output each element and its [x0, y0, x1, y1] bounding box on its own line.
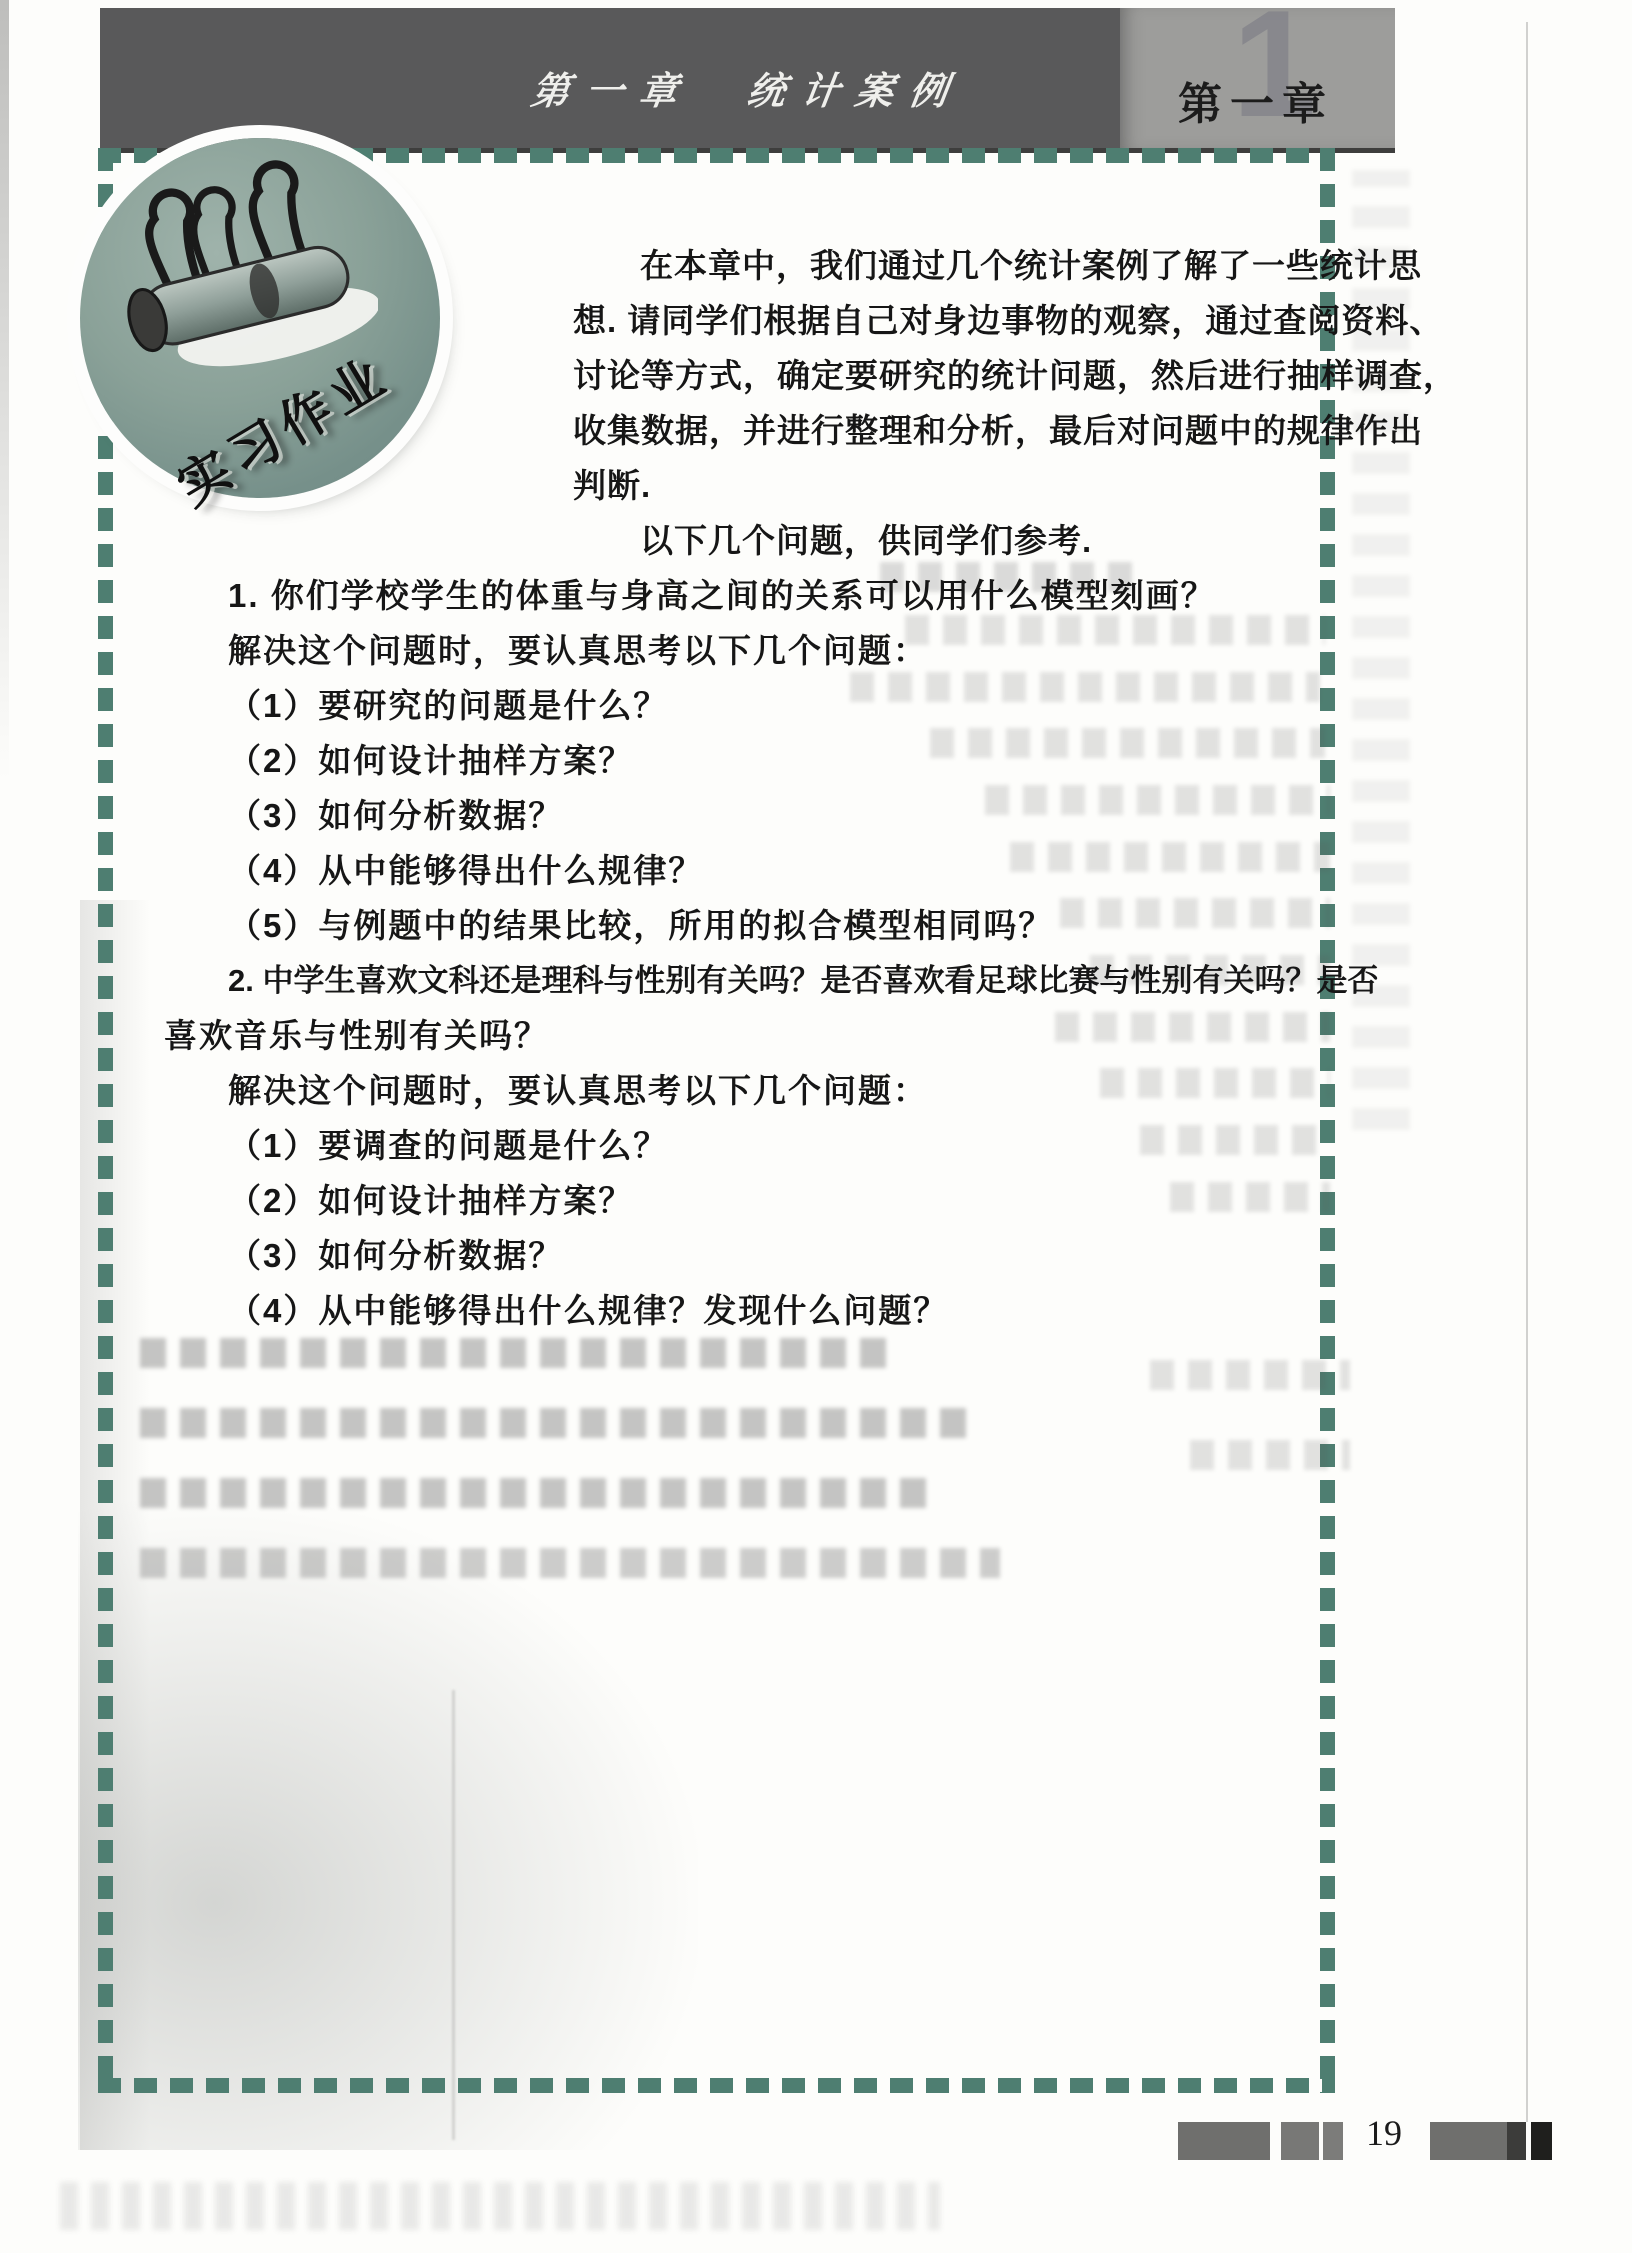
text-line: 解决这个问题时，要认真思考以下几个问题： — [228, 623, 1337, 678]
bleed-through-line — [1150, 1360, 1350, 1390]
footer-decoration-block — [1178, 2122, 1270, 2160]
scanned-textbook-page: { "header": { "running_title": "第一章 统计案例… — [0, 0, 1632, 2253]
scan-artifact-speckle — [60, 2182, 940, 2230]
text-line: （5）与例题中的结果比较，所用的拟合模型相同吗？ — [228, 898, 1337, 953]
footer-decoration-block — [1281, 2122, 1319, 2160]
chapter-header-band: 第一章 统计案例 1 第一章 — [100, 8, 1395, 153]
text-line: 想. 请同学们根据自己对身边事物的观察，通过查阅资料、 — [573, 293, 1337, 348]
text-line: 以下几个问题，供同学们参考. — [573, 513, 1337, 568]
page-edge-line — [1526, 22, 1528, 2122]
chapter-tab: 1 第一章 — [1120, 8, 1395, 148]
bleed-through-line — [140, 1408, 970, 1438]
text-line: （3）如何分析数据？ — [228, 788, 1337, 843]
text-line: 1. 你们学校学生的体重与身高之间的关系可以用什么模型刻画？ — [228, 568, 1337, 623]
bleed-through-line — [1190, 1440, 1350, 1470]
scan-edge-shadow — [0, 0, 9, 780]
text-line: 判断. — [573, 458, 1337, 513]
text-line: （1）要研究的问题是什么？ — [228, 678, 1337, 733]
chapter-tab-label: 第一章 — [1178, 68, 1334, 132]
footer-decoration-block — [1531, 2122, 1552, 2160]
text-line: 讨论等方式，确定要研究的统计问题，然后进行抽样调查， — [573, 348, 1337, 403]
text-line: （4）从中能够得出什么规律？发现什么问题？ — [228, 1283, 1337, 1338]
lesson-text-block: 在本章中，我们通过几个统计案例了解了一些统计思 想. 请同学们根据自己对身边事物… — [100, 238, 1337, 1338]
scan-fold-line — [452, 1690, 455, 2140]
text-line: （1）要调查的问题是什么？ — [228, 1118, 1337, 1173]
dashed-border-bottom — [98, 2078, 1335, 2093]
text-line: 在本章中，我们通过几个统计案例了解了一些统计思 — [573, 238, 1337, 293]
text-line: 2. 中学生喜欢文科还是理科与性别有关吗？是否喜欢看足球比赛与性别有关吗？是否 — [228, 953, 1337, 1008]
text-line: 喜欢音乐与性别有关吗？ — [164, 1008, 1337, 1063]
text-line: （4）从中能够得出什么规律？ — [228, 843, 1337, 898]
text-line: （3）如何分析数据？ — [228, 1228, 1337, 1283]
text-line: （2）如何设计抽样方案？ — [228, 733, 1337, 788]
footer-decoration-block — [1323, 2122, 1343, 2160]
scan-artifact-wash — [78, 1500, 698, 2150]
page-number: 19 — [1366, 2112, 1402, 2154]
text-line: 解决这个问题时，要认真思考以下几个问题： — [228, 1063, 1337, 1118]
text-line: （2）如何设计抽样方案？ — [228, 1173, 1337, 1228]
bleed-through-line — [140, 1548, 1000, 1578]
bleed-through-line — [140, 1478, 930, 1508]
footer-decoration-block — [1430, 2122, 1507, 2160]
text-line: 收集数据，并进行整理和分析，最后对问题中的规律作出 — [573, 403, 1337, 458]
footer-decoration-block — [1507, 2122, 1526, 2160]
running-title: 第一章 统计案例 — [528, 60, 968, 115]
bleed-through-line — [140, 1338, 900, 1368]
